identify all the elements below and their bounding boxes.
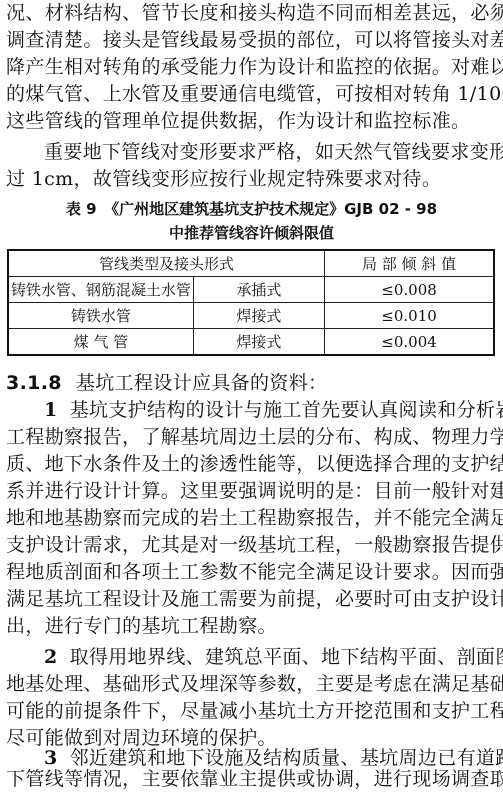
text-line: 满足基坑工程设计及施工需要为前提，必要时可由支护设计方提 <box>6 586 498 613</box>
text-line: 的煤气管、上水管及重要通信电缆管，可按相对转角 1/100 或由 <box>6 81 498 108</box>
text-line: 程地质剖面和各项土工参数不能完全满足设计要求。因而强调以 <box>6 559 498 586</box>
text-line: 支护设计需求，尤其是对一级基坑工程，一般勘察报告提供的工 <box>6 532 498 559</box>
text-line: 重要地下管线对变形要求严格，如天然气管线要求变形不超 <box>6 139 498 166</box>
section-title: 基坑工程设计应具备的资料： <box>76 372 328 394</box>
text-line: 质、地下水条件及土的渗透性能等，以便选择合理的支护结构体 <box>6 451 498 478</box>
item-text: 取得用地界线、建筑总平面、地下结构平面、剖面图和 <box>70 646 503 668</box>
text-line: 况、材料结构、管节长度和接头构造不同而相差甚远，必须事先 <box>6 0 498 27</box>
table-row: 铸铁水管 焊接式 ≤0.010 <box>8 303 494 329</box>
table-caption-subtitle: 中推荐管线容许倾斜限值 <box>0 222 503 244</box>
item-number: 2 <box>44 646 58 668</box>
cell-pipe: 铸铁水管、钢筋混凝土水管 <box>8 277 193 303</box>
text-line: 过 1cm，故管线变形应按行业规定特殊要求对待。 <box>6 166 498 193</box>
cell-value: ≤0.010 <box>325 303 494 329</box>
text-line: 地基处理、基础形式及埋深等参数，主要是考虑在满足基础施工 <box>6 671 498 698</box>
header-pipe-type: 管线类型及接头形式 <box>8 250 325 277</box>
header-local-tilt: 局 部 倾 斜 值 <box>325 250 494 277</box>
cell-value: ≤0.004 <box>325 329 494 356</box>
text-line: 1基坑支护结构的设计与施工首先要认真阅读和分析岩土 <box>6 397 498 424</box>
document-page: 况、材料结构、管节长度和接头构造不同而相差甚远，必须事先 调查清楚。接头是管线最… <box>0 0 503 792</box>
text-line: 工程勘察报告，了解基坑周边土层的分布、构成、物理力学性 <box>6 424 498 451</box>
section-heading: 3.1.8基坑工程设计应具备的资料： <box>6 370 498 397</box>
table-row: 铸铁水管、钢筋混凝土水管 承插式 ≤0.008 <box>8 277 494 303</box>
text-line: 出，进行专门的基坑工程勘察。 <box>6 613 498 640</box>
section-number: 3.1.8 <box>6 372 62 394</box>
table-caption-title: 表 9 《广州地区建筑基坑支护技术规定》GJB 02 - 98 <box>0 198 503 220</box>
text-line: 调查清楚。接头是管线最易受损的部位，可以将管接头对差异沉 <box>6 27 498 54</box>
text-line: 下管线等情况，主要依靠业主提供或协调，进行现场调查取得。经 <box>6 766 498 792</box>
text-line: 地和地基勘察而完成的岩土工程勘察报告，并不能完全满足基坑 <box>6 505 498 532</box>
text-line: 降产生相对转角的承受能力作为设计和监控的依据。对难以查清 <box>6 54 498 81</box>
cell-value: ≤0.008 <box>325 277 494 303</box>
cell-joint: 承插式 <box>193 277 324 303</box>
text-line: 2取得用地界线、建筑总平面、地下结构平面、剖面图和 <box>6 644 498 671</box>
cell-joint: 焊接式 <box>193 303 324 329</box>
table-row: 煤 气 管 焊接式 ≤0.004 <box>8 329 494 356</box>
item-number: 1 <box>44 399 58 421</box>
cell-joint: 焊接式 <box>193 329 324 356</box>
text-line: 系并进行设计计算。这里要强调说明的是：目前一般针对建筑场 <box>6 478 498 505</box>
text-line: 可能的前提条件下，尽量减小基坑土方开挖范围和支护工程量， <box>6 698 498 725</box>
table-header-row: 管线类型及接头形式 局 部 倾 斜 值 <box>8 250 494 277</box>
pipe-tilt-limit-table: 管线类型及接头形式 局 部 倾 斜 值 铸铁水管、钢筋混凝土水管 承插式 ≤0.… <box>7 249 495 356</box>
text-line: 这些管线的管理单位提供数据，作为设计和监控标准。 <box>6 108 498 135</box>
item-text: 基坑支护结构的设计与施工首先要认真阅读和分析岩土 <box>70 399 503 421</box>
cell-pipe: 煤 气 管 <box>8 329 193 356</box>
cell-pipe: 铸铁水管 <box>8 303 193 329</box>
